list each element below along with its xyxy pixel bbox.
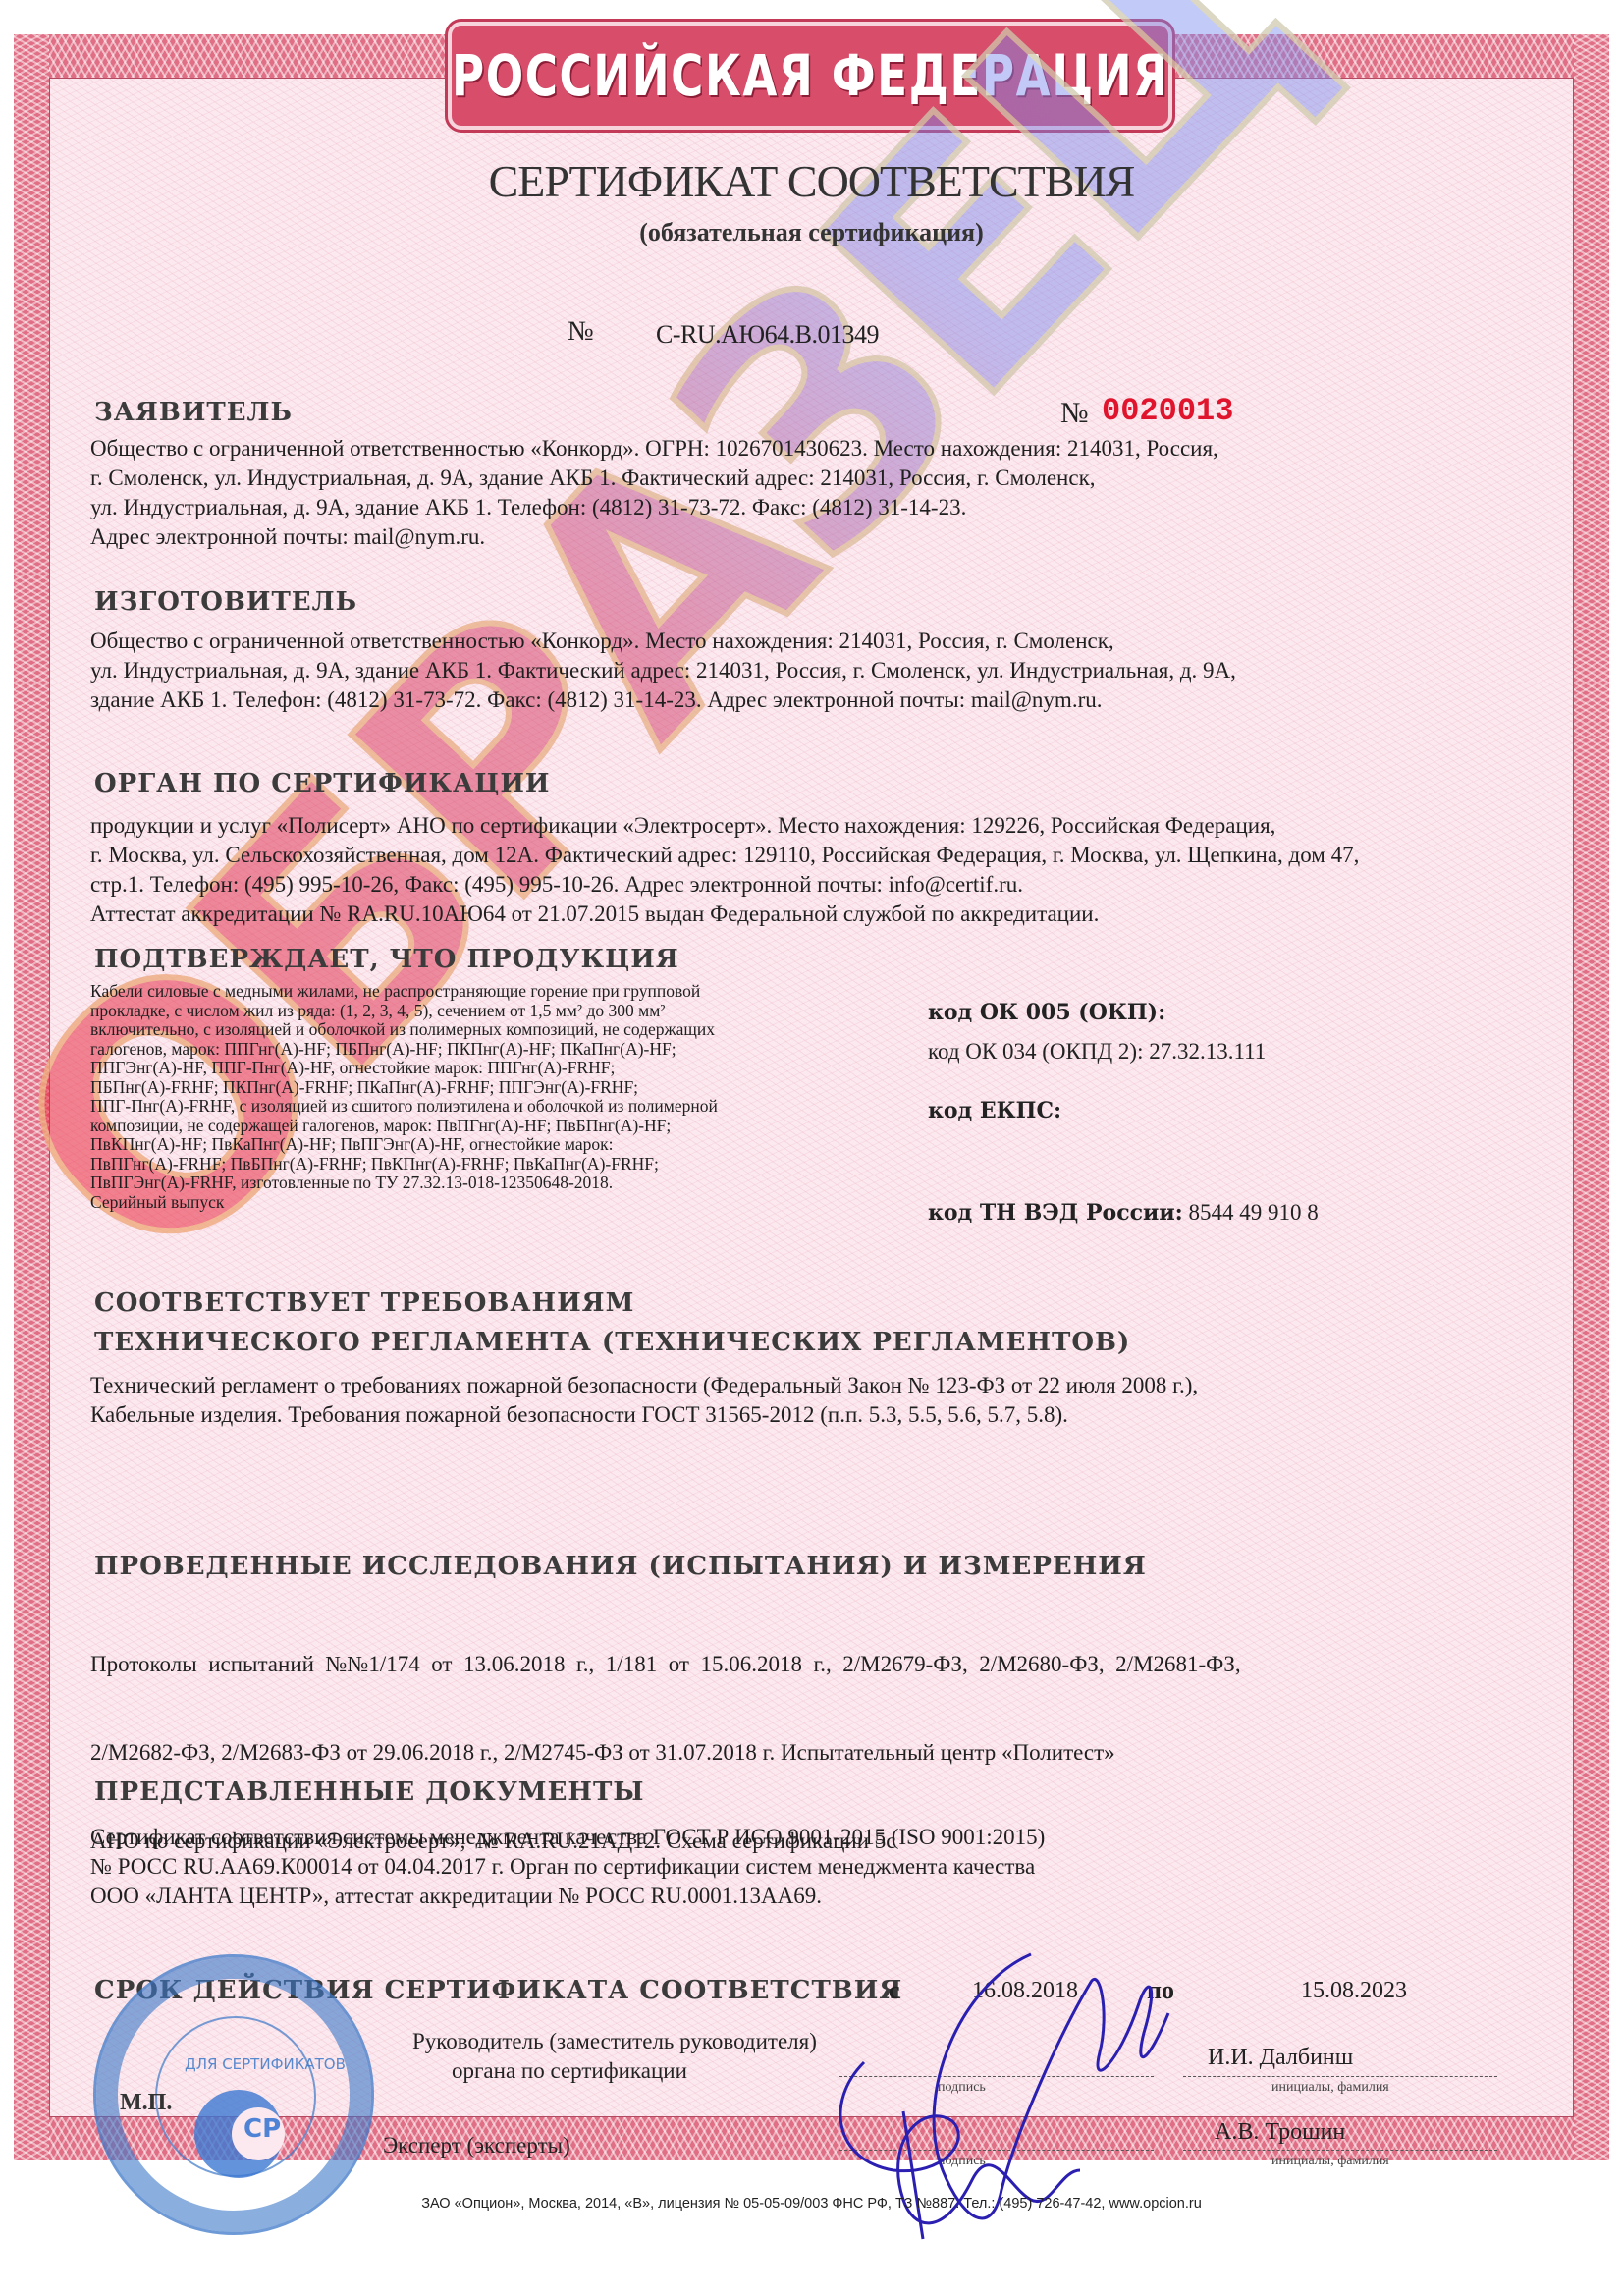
expert-label: Эксперт (эксперты) — [383, 2133, 570, 2159]
product-description: Кабели силовые с медными жилами, не расп… — [90, 982, 925, 1212]
code-okp-label: код ОК 005 (ОКП): — [928, 1000, 1165, 1025]
applicant-line: ул. Индустриальная, д. 9А, здание АКБ 1.… — [90, 493, 1218, 522]
documents-line: № РОСС RU.АА69.К00014 от 04.04.2017 г. О… — [90, 1852, 1045, 1882]
frame-border-right — [1574, 34, 1609, 2160]
manufacturer-line: ул. Индустриальная, д. 9А, здание АКБ 1.… — [90, 656, 1236, 685]
documents-line: Сертификат соответствия системы менеджме… — [90, 1823, 1045, 1852]
product-line: композиции, не содержащей галогенов, мар… — [90, 1117, 925, 1136]
tests-line: Протоколы испытаний №№1/174 от 13.06.201… — [90, 1650, 1241, 1679]
name-caption: инициалы, фамилия — [1271, 2154, 1389, 2169]
manufacturer-line: Общество с ограниченной ответственностью… — [90, 627, 1236, 656]
product-line: галогенов, марок: ППГнг(А)-HF; ПБПнг(А)-… — [90, 1040, 925, 1060]
product-line: включительно, с изоляцией и оболочкой из… — [90, 1020, 925, 1040]
section-heading-applicant: ЗАЯВИТЕЛЬ — [94, 398, 293, 427]
head-signatory-label: Руководитель (заместитель руководителя) — [412, 2029, 817, 2054]
code-ekps-label: код ЕКПС: — [928, 1098, 1061, 1123]
section-heading-certification-body: ОРГАН ПО СЕРТИФИКАЦИИ — [94, 769, 551, 798]
product-line: ПвКПнг(А)-HF; ПвКаПнг(А)-HF; ПвПГЭнг(А)-… — [90, 1135, 925, 1155]
country-banner: РОССИЙСКАЯ ФЕДЕРАЦИЯ — [448, 22, 1172, 130]
handwritten-signature-icon — [805, 1944, 1217, 2259]
code-okpd2-label: код ОК 034 (ОКПД 2): — [928, 1039, 1143, 1064]
cert-number-label: № — [568, 316, 594, 348]
document-subtitle: (обязательная сертификация) — [0, 218, 1623, 247]
certification-body-details: продукции и услуг «Полисерт» АНО по серт… — [90, 811, 1359, 929]
section-heading-requirements: СООТВЕТСТВУЕТ ТРЕБОВАНИЯМ — [94, 1288, 634, 1318]
product-line: ПвПГЭнг(А)-FRHF, изготовленные по ТУ 27.… — [90, 1174, 925, 1193]
section-heading-product: ПОДТВЕРЖДАЕТ, ЧТО ПРОДУКЦИЯ — [94, 945, 679, 974]
name-caption: инициалы, фамилия — [1271, 2080, 1389, 2096]
manufacturer-details: Общество с ограниченной ответственностью… — [90, 627, 1236, 715]
expert-name-line — [1183, 2150, 1497, 2151]
code-okp: код ОК 005 (ОКП): — [928, 1000, 1165, 1025]
code-okpd2: код ОК 034 (ОКПД 2): 27.32.13.111 — [928, 1039, 1266, 1065]
requirements-line: Кабельные изделия. Требования пожарной б… — [90, 1400, 1198, 1430]
printer-footer: ЗАО «Опцион», Москва, 2014, «В», лицензи… — [0, 2196, 1623, 2212]
validity-to-date: 15.08.2023 — [1301, 1978, 1407, 2004]
code-tnved: код ТН ВЭД России: 8544 49 910 8 — [928, 1200, 1319, 1226]
applicant-email: Адрес электронной почты: mail@nym.ru. — [90, 522, 1218, 552]
country-banner-text: РОССИЙСКАЯ ФЕДЕРАЦИЯ — [452, 42, 1169, 109]
code-ekps: код ЕКПС: — [928, 1098, 1061, 1123]
accreditation-line: Аттестат аккредитации № RA.RU.10АЮ64 от … — [90, 900, 1359, 929]
product-line: ППГЭнг(А)-HF, ППГ-Пнг(А)-HF, огнестойкие… — [90, 1059, 925, 1078]
product-line: прокладке, с числом жил из ряда: (1, 2, … — [90, 1002, 925, 1021]
product-line: ПБПнг(А)-FRHF; ПКПнг(А)-FRHF; ПКаПнг(А)-… — [90, 1078, 925, 1098]
code-tnved-label: код ТН ВЭД России: — [928, 1200, 1183, 1226]
blank-number: 0020013 — [1102, 393, 1233, 429]
seal-place-label: М.П. — [120, 2090, 172, 2116]
head-signatory-label-2: органа по сертификации — [452, 2058, 687, 2084]
product-line: ППГ-Пнг(А)-FRHF, с изоляцией из сшитого … — [90, 1097, 925, 1117]
section-heading-tests: ПРОВЕДЕННЫЕ ИССЛЕДОВАНИЯ (ИСПЫТАНИЯ) И И… — [94, 1552, 1147, 1581]
requirements-details: Технический регламент о требованиях пожа… — [90, 1371, 1198, 1430]
code-tnved-value: 8544 49 910 8 — [1189, 1200, 1319, 1225]
seal-logo-text: СР — [243, 2114, 281, 2144]
product-line: Кабели силовые с медными жилами, не расп… — [90, 982, 925, 1002]
head-signatory-name: И.И. Далбинш — [1208, 2045, 1353, 2071]
frame-border-left — [14, 34, 49, 2160]
requirements-line: Технический регламент о требованиях пожа… — [90, 1371, 1198, 1400]
expert-name: А.В. Трошин — [1215, 2119, 1345, 2146]
product-serial-release: Серийный выпуск — [90, 1193, 925, 1213]
applicant-line: Общество с ограниченной ответственностью… — [90, 434, 1218, 464]
head-name-line — [1183, 2076, 1497, 2077]
section-heading-manufacturer: ИЗГОТОВИТЕЛЬ — [94, 587, 357, 617]
seal-text: ДЛЯ СЕРТИФИКАТОВ — [185, 2055, 346, 2073]
blank-number-label: № — [1060, 397, 1089, 430]
documents-line: ООО «ЛАНТА ЦЕНТР», аттестат аккредитации… — [90, 1882, 1045, 1911]
certification-body-line: продукции и услуг «Полисерт» АНО по серт… — [90, 811, 1359, 841]
documents-details: Сертификат соответствия системы менеджме… — [90, 1823, 1045, 1911]
product-line: ПвПГнг(А)-FRHF; ПвБПнг(А)-FRHF; ПвКПнг(А… — [90, 1155, 925, 1175]
section-heading-documents: ПРЕДСТАВЛЕННЫЕ ДОКУМЕНТЫ — [94, 1777, 645, 1807]
code-okpd2-value: 27.32.13.111 — [1149, 1039, 1266, 1064]
applicant-line: г. Смоленск, ул. Индустриальная, д. 9А, … — [90, 464, 1218, 493]
applicant-details: Общество с ограниченной ответственностью… — [90, 434, 1218, 552]
document-title: СЕРТИФИКАТ СООТВЕТСТВИЯ — [0, 155, 1623, 207]
certification-body-line: г. Москва, ул. Сельскохозяйственная, дом… — [90, 841, 1359, 870]
cert-number: C-RU.АЮ64.В.01349 — [656, 320, 879, 350]
certification-body-line: стр.1. Телефон: (495) 995-10-26, Факс: (… — [90, 870, 1359, 900]
tests-line: 2/М2682-ФЗ, 2/М2683-ФЗ от 29.06.2018 г.,… — [90, 1738, 1241, 1768]
manufacturer-line: здание АКБ 1. Телефон: (4812) 31-73-72. … — [90, 685, 1236, 715]
section-heading-requirements-2: ТЕХНИЧЕСКОГО РЕГЛАМЕНТА (ТЕХНИЧЕСКИХ РЕГ… — [94, 1328, 1130, 1357]
